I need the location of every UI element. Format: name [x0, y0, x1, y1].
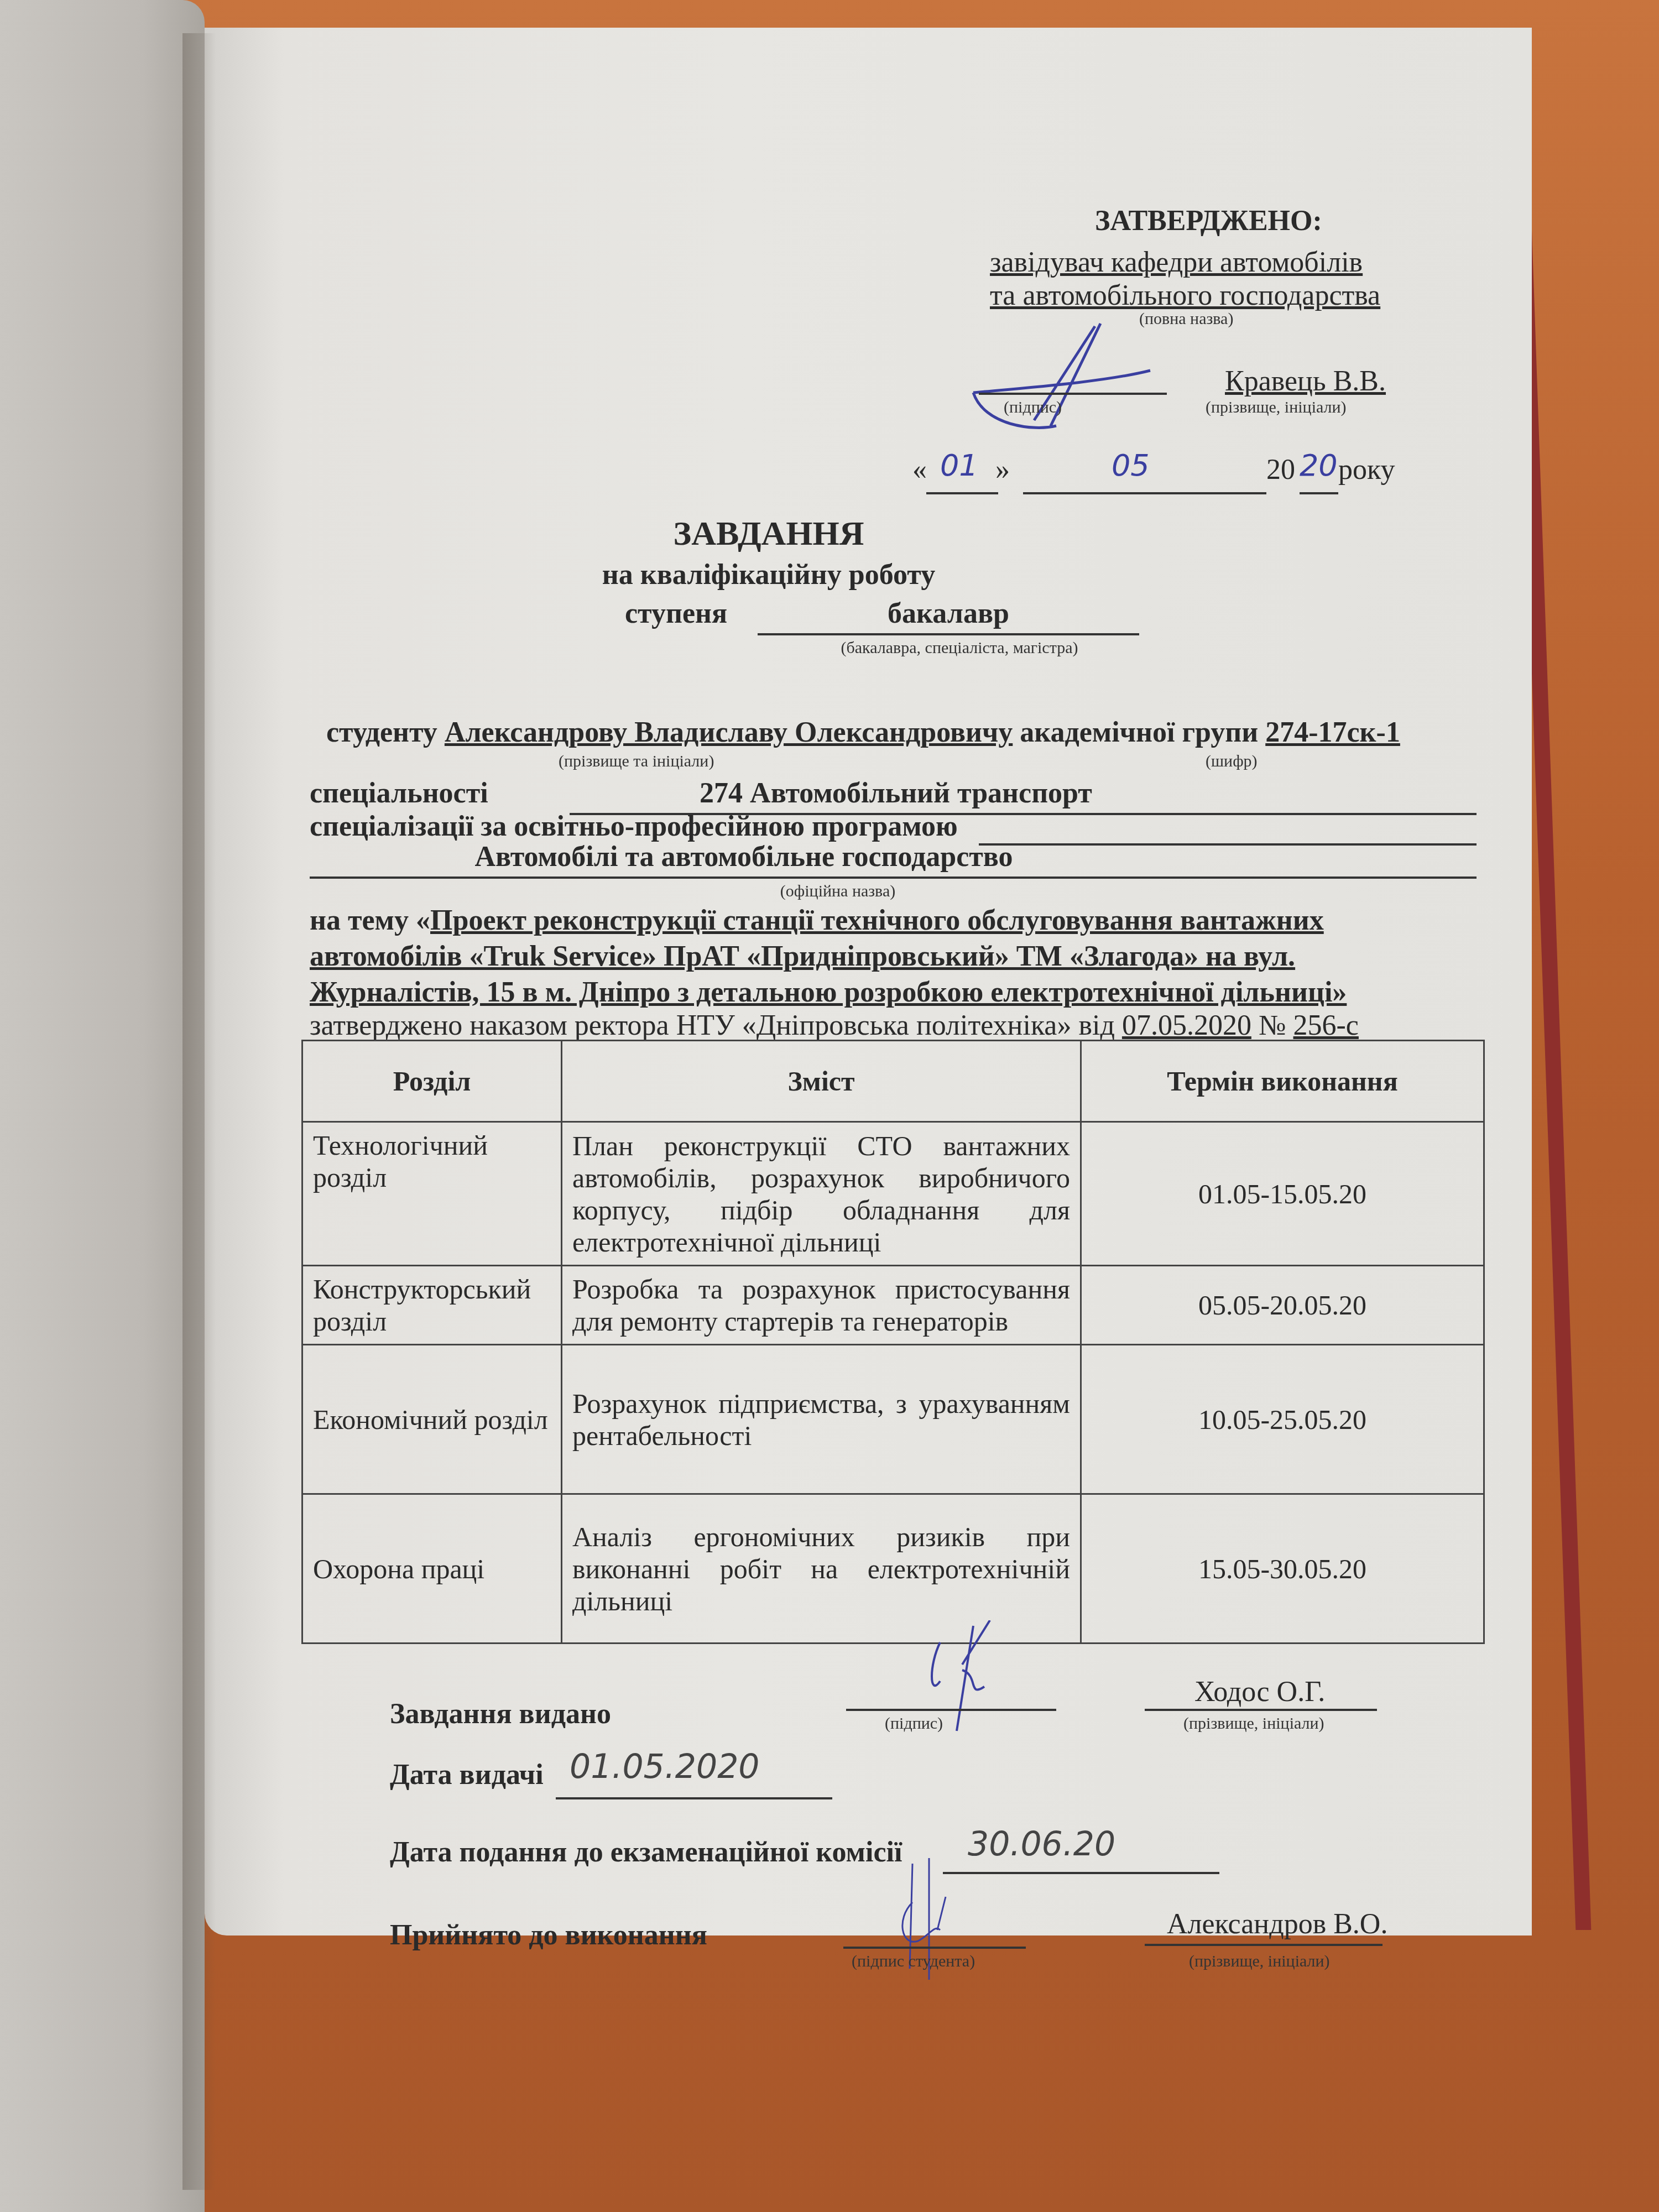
degree-note: (бакалавра, спеціаліста, магістра) [769, 639, 1150, 658]
program-line [310, 877, 1477, 879]
order-line: затверджено наказом ректора НТУ «Дніпров… [310, 1009, 1359, 1042]
student-name-footer: Александров В.О. [1167, 1908, 1387, 1940]
student-name-note: (прізвище та ініціали) [559, 752, 714, 771]
order-no-label: № [1259, 1010, 1286, 1041]
row-section: Економічний розділ [302, 1345, 562, 1494]
month-line [1023, 492, 1266, 494]
approval-heading: ЗАТВЕРДЖЕНО: [1095, 205, 1322, 237]
issue-date-line [556, 1797, 832, 1799]
tasks-table: Розділ Зміст Термін виконання Технологіч… [301, 1040, 1485, 1644]
degree-label: ступеня [625, 597, 727, 630]
specialty-label: спеціальності [310, 777, 488, 810]
degree-line [758, 633, 1139, 635]
row-section: Конструкторський розділ [302, 1266, 562, 1345]
row-content: Розробка та розрахунок пристосування для… [562, 1266, 1081, 1345]
table-row: Конструкторський розділ Розробка та розр… [302, 1266, 1484, 1345]
document-subtitle: на кваліфікаційну роботу [105, 559, 1432, 591]
head-name-note: (прізвище, ініціали) [1206, 398, 1347, 417]
head-signature-icon [968, 315, 1200, 448]
row-section: Охорона праці [302, 1494, 562, 1644]
header-term: Термін виконання [1081, 1041, 1484, 1122]
group-label: академічної групи [1020, 717, 1258, 748]
row-section: Технологічний розділ [302, 1122, 562, 1266]
row-term: 05.05-20.05.20 [1081, 1266, 1484, 1345]
header-section: Розділ [302, 1041, 562, 1122]
submission-label: Дата подання до екзаменаційної комісії [390, 1836, 902, 1869]
approval-month: 05 [1112, 448, 1150, 483]
issued-signature-note: (підпис) [885, 1714, 943, 1733]
topic-label: на тему « [310, 905, 430, 936]
year-word: року [1338, 453, 1395, 486]
approval-year-suffix: 20 [1300, 448, 1338, 483]
accepted-label: Прийнято до виконання [390, 1919, 707, 1952]
date-close-quote: » [995, 453, 1010, 486]
student-name-note: (прізвище, ініціали) [1189, 1952, 1330, 1971]
topic-text-1: Проект реконструкції станції технічного … [430, 905, 1324, 936]
document-title: ЗАВДАННЯ [105, 514, 1432, 554]
student-signature-note: (підпис студента) [852, 1952, 975, 1971]
degree-value: бакалавр [758, 597, 1139, 630]
row-content: Розрахунок підприємства, з урахуванням р… [562, 1345, 1081, 1494]
year-line [1300, 492, 1338, 494]
approval-position-line2: та автомобільного господарства [990, 279, 1380, 312]
specialty-value: 274 Автомобільний транспорт [570, 777, 1222, 810]
issued-label: Завдання видано [390, 1698, 611, 1730]
approval-day: 01 [940, 448, 978, 483]
group-code: 274-17ск-1 [1265, 717, 1400, 748]
day-line [926, 492, 998, 494]
document-page: ЗАТВЕРДЖЕНО: завідувач кафедри автомобіл… [205, 28, 1532, 1936]
supervisor-name: Ходос О.Г. [1194, 1676, 1325, 1708]
row-term: 01.05-15.05.20 [1081, 1122, 1484, 1266]
table-row: Охорона праці Аналіз ергономічних ризикі… [302, 1494, 1484, 1644]
row-content: План реконструкції СТО вантажних автомоб… [562, 1122, 1081, 1266]
table-row: Економічний розділ Розрахунок підприємст… [302, 1345, 1484, 1494]
order-number: 256-с [1293, 1010, 1359, 1041]
previous-page [0, 0, 205, 2212]
head-name: Кравець В.В. [1225, 365, 1386, 398]
date-open-quote: « [912, 453, 927, 486]
student-name-line [1145, 1944, 1383, 1946]
order-date: 07.05.2020 [1122, 1010, 1251, 1041]
student-name: Александрову Владиславу Олександровичу [445, 717, 1013, 748]
student-signature-line [843, 1947, 1026, 1949]
topic-text-3: Журналістів, 15 в м. Дніпро з детальною … [310, 976, 1347, 1009]
page-gutter-shadow [182, 33, 216, 2190]
specialization-label: спеціалізації за освітньо-професійною пр… [310, 810, 958, 843]
program-note: (офіційна назва) [254, 882, 1421, 901]
row-term: 10.05-25.05.20 [1081, 1345, 1484, 1494]
student-label: студенту [326, 717, 437, 748]
supervisor-signature-icon [907, 1620, 1040, 1764]
head-signature-line [979, 393, 1167, 395]
approval-position-line1: завідувач кафедри автомобілів [990, 246, 1363, 279]
topic-text-2: автомобілів «Truk Service» ПрАТ «Придніп… [310, 940, 1295, 973]
supervisor-name-note: (прізвище, ініціали) [1183, 1714, 1324, 1733]
student-line: студенту Александрову Владиславу Олексан… [326, 716, 1400, 749]
supervisor-name-line [1145, 1709, 1377, 1711]
issue-date-label: Дата видачі [390, 1759, 544, 1791]
table-row: Технологічний розділ План реконструкції … [302, 1122, 1484, 1266]
signature-note: (підпис) [1004, 398, 1062, 417]
table-header-row: Розділ Зміст Термін виконання [302, 1041, 1484, 1122]
year-prefix: 20 [1266, 453, 1295, 486]
supervisor-signature-line [846, 1709, 1056, 1711]
issue-date: 01.05.2020 [570, 1747, 760, 1786]
topic-line-1: на тему «Проект реконструкції станції те… [310, 904, 1324, 937]
header-content: Зміст [562, 1041, 1081, 1122]
group-note: (шифр) [1206, 752, 1258, 771]
program-value: Автомобілі та автомобільне господарство [160, 841, 1327, 873]
order-text: затверджено наказом ректора НТУ «Дніпров… [310, 1010, 1115, 1041]
row-term: 15.05-30.05.20 [1081, 1494, 1484, 1644]
